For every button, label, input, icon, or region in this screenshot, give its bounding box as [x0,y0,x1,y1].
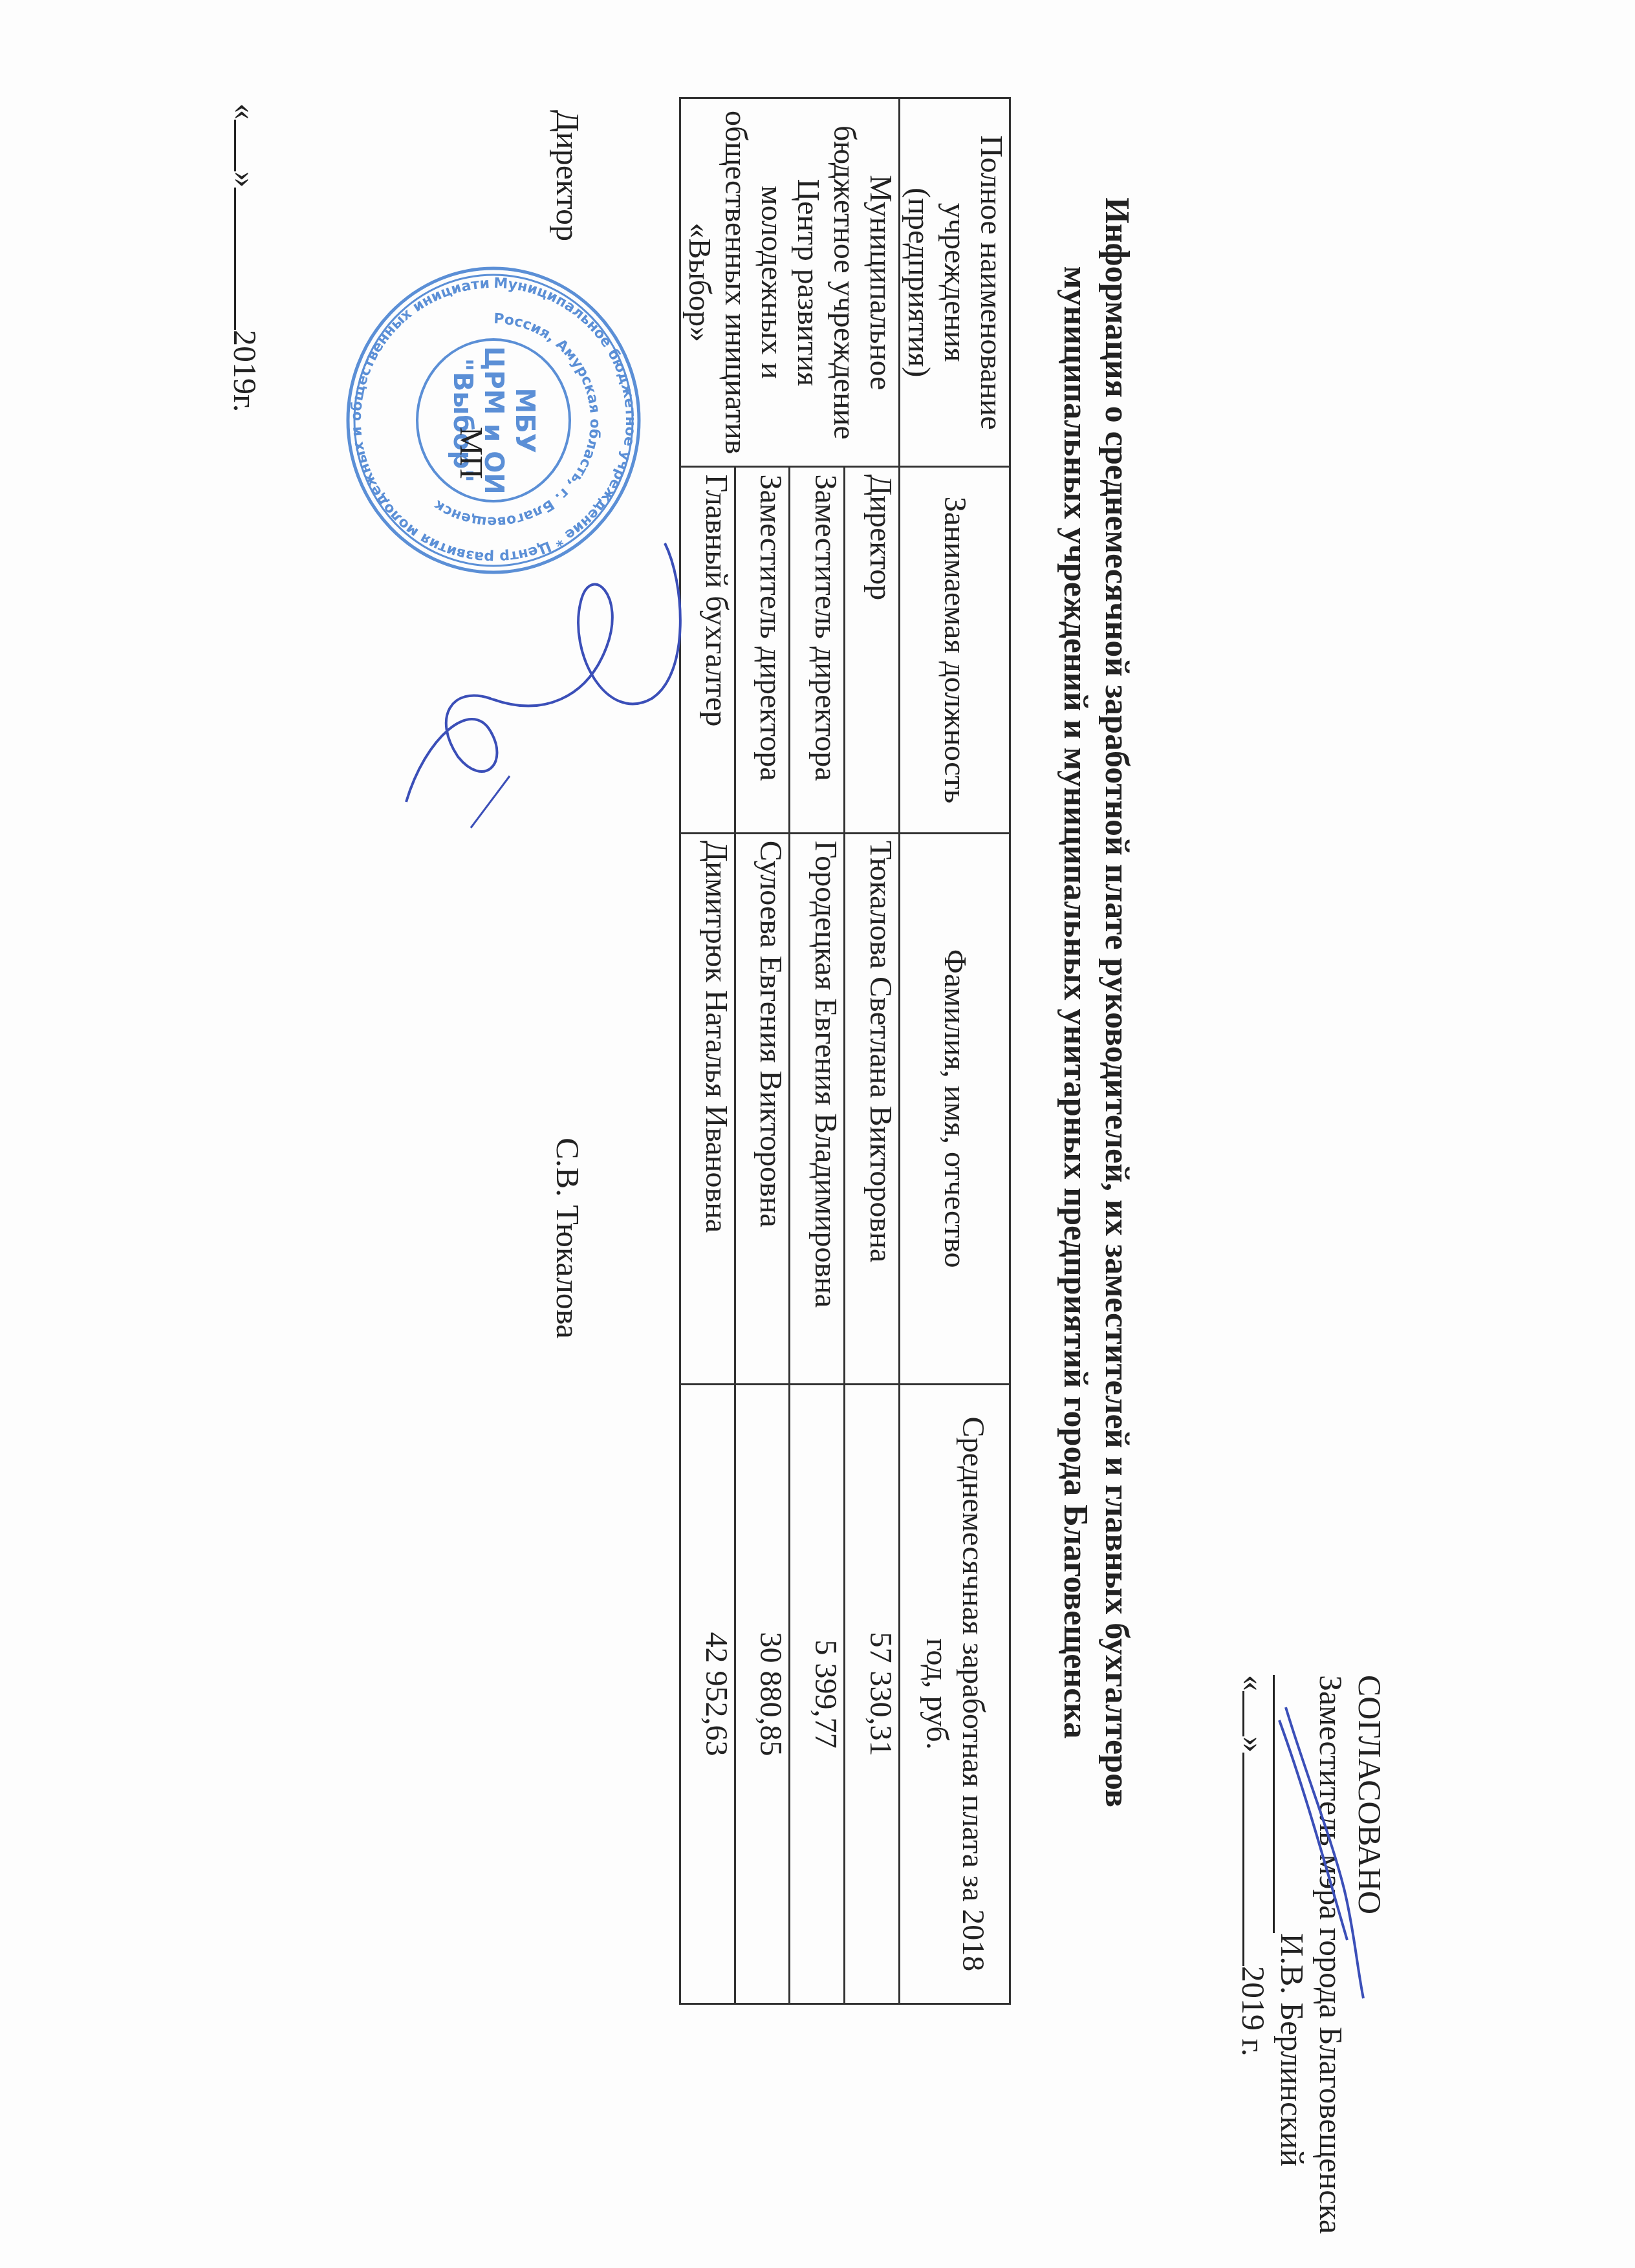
director-signature-icon [380,504,704,841]
director-date-row: «»2019г. [226,103,264,412]
salary-cell: 30 880,85 [735,1384,790,2003]
title-line-1: Информация о среднемесячной заработной п… [1096,129,1137,1875]
approval-date-open-quote: « [1235,1675,1272,1691]
salary-cell: 42 952,63 [680,1384,735,2003]
date-open-quote: « [227,103,263,120]
document-page: СОГЛАСОВАНО Заместитель мэра города Благ… [0,0,1635,2268]
salary-cell: 57 330,31 [845,1384,900,2003]
approval-signature-icon [1266,1694,1383,2057]
name-cell: Димитрюк Наталья Ивановна [680,833,735,1384]
month-blank [234,188,236,330]
director-name: С.В. Тюкалова [548,1138,587,1339]
stamp-center-line-1: МБУ [510,387,539,453]
header-average-salary: Среднемесячная заработная плата за 2018 … [900,1384,1010,2003]
date-close-quote: » [227,171,263,188]
position-cell: Заместитель директора [735,467,790,833]
table-row: Муниципальное бюджетное учреждение Центр… [845,98,900,2004]
organization-cell: Муниципальное бюджетное учреждение Центр… [680,98,900,467]
salary-table: Полное наименование учреждения (предприя… [679,97,1011,2005]
header-organization: Полное наименование учреждения (предприя… [900,98,1010,467]
director-block: Директор С.В. Тюкалова [548,110,587,1339]
day-blank [234,120,236,171]
header-full-name: Фамилия, имя, отчество [900,833,1010,1384]
seal-placeholder-label: МП [453,427,490,479]
name-cell: Городецкая Евгения Владимировна [790,833,845,1384]
salary-cell: 5 399,77 [790,1384,845,2003]
approval-day-blank [1242,1691,1244,1736]
director-label: Директор [548,110,587,241]
table-header-row: Полное наименование учреждения (предприя… [900,98,1010,2004]
document-title: Информация о среднемесячной заработной п… [1054,129,1137,1875]
name-cell: Сулоева Евгения Викторовна [735,833,790,1384]
title-line-2: муниципальных учреждений и муниципальных… [1054,129,1096,1875]
approval-month-blank [1242,1753,1244,1966]
date-year: 2019г. [227,330,263,412]
position-cell: Заместитель директора [790,467,845,833]
name-cell: Тюкалова Светлана Викторовна [845,833,900,1384]
header-position: Занимаемая должность [900,467,1010,833]
position-cell: Директор [845,467,900,833]
